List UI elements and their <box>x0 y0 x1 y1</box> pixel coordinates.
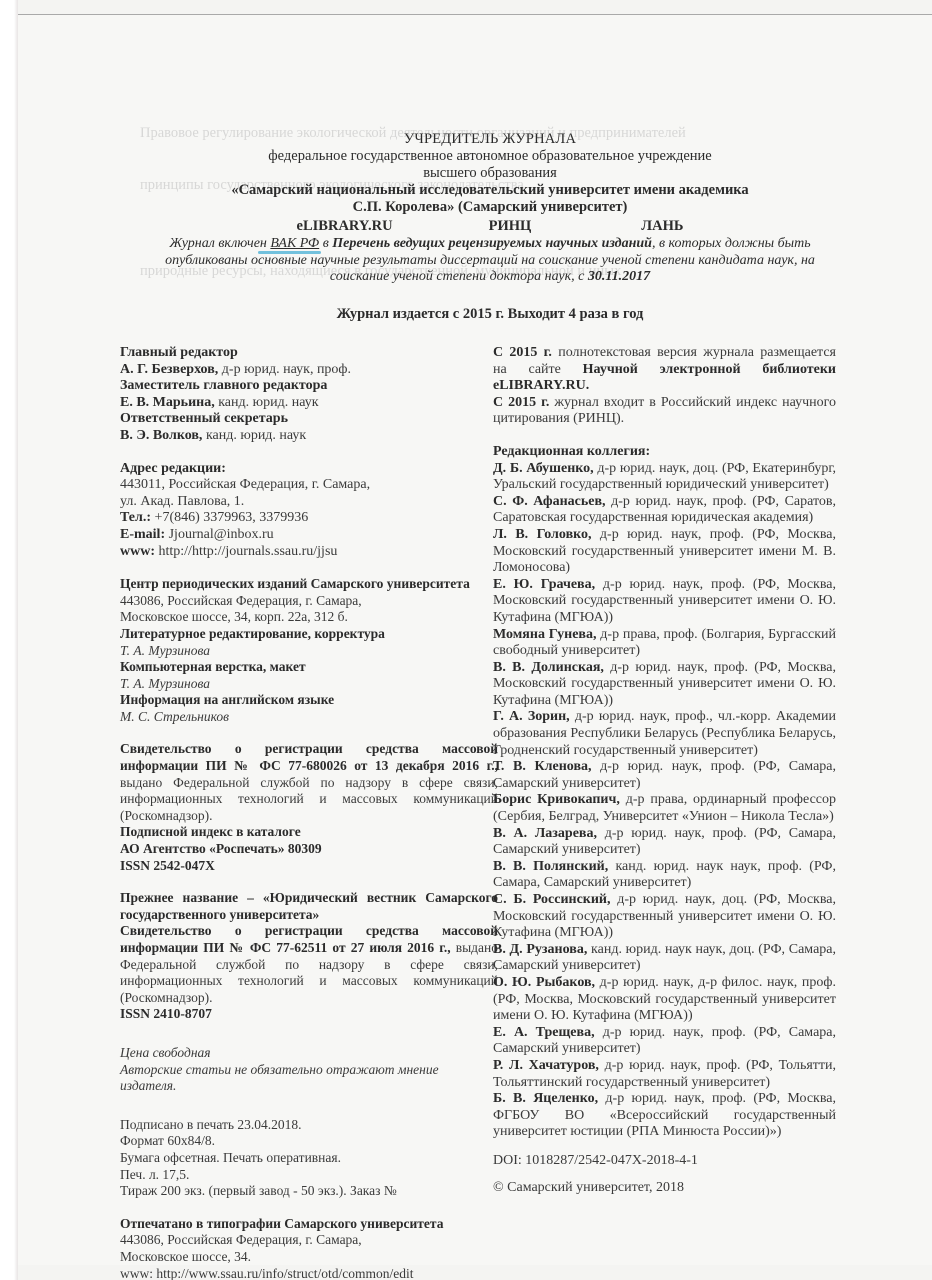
former-block: Прежнее название – «Юридический вестник … <box>120 890 498 1023</box>
doi: DOI: 1018287/2542-047X-2018-4-1 <box>493 1153 698 1169</box>
board-member: В. В. Полянский, канд. юрид. наук наук, … <box>493 859 836 892</box>
vak-statement: Журнал включен ВАК РФ в Перечень ведущих… <box>140 236 840 286</box>
email-link[interactable]: Jjournal@inbox.ru <box>165 527 274 542</box>
board-member: В. А. Лазарева, д-р юрид. наук, проф. (Р… <box>493 826 836 859</box>
left-column: Главный редактор А. Г. Безверхов, д-р юр… <box>120 345 498 1280</box>
board-member-name: Д. Б. Абушенко, <box>493 461 594 476</box>
board-member-name: Г. А. Зорин, <box>493 709 570 724</box>
board-member: Р. Л. Хачатуров, д-р юрид. наук, проф. (… <box>493 1058 836 1091</box>
printer-website-link[interactable]: www: http://www.ssau.ru/info/struct/otd/… <box>120 1266 498 1280</box>
board-member-name: В. В. Долинская, <box>493 660 604 675</box>
board-member-name: О. Ю. Рыбаков, <box>493 975 595 990</box>
vak-date: 30.11.2017 <box>588 269 650 284</box>
phone: Тел.: +7(846) 3379963, 3379936 <box>120 510 498 527</box>
center-label: Центр периодических изданий Самарского у… <box>120 576 498 593</box>
university-name: «Самарский национальный исследовательски… <box>140 182 840 199</box>
secretary-entry: В. Э. Волков, канд. юрид. наук <box>120 428 498 445</box>
board-member-name: В. Д. Рузанова, <box>493 942 587 957</box>
index-lan: ЛАНЬ <box>641 218 683 235</box>
board-member: С. Б. Россинский, д-р юрид. наук, доц. (… <box>493 892 836 942</box>
board-member-name: Т. В. Кленова, <box>493 759 592 774</box>
address-block: Адрес редакции: 443011, Российская Федер… <box>120 461 498 561</box>
index-list: eLIBRARY.RUРИНЦЛАНЬ <box>140 218 840 235</box>
secretary-label: Ответственный секретарь <box>120 411 498 428</box>
editorial-board-list: Д. Б. Абушенко, д-р юрид. наук, доц. (РФ… <box>493 461 836 1141</box>
board-member: С. Ф. Афанасьев, д-р юрид. наук, проф. (… <box>493 494 836 527</box>
board-member: Е. А. Трещева, д-р юрид. наук, проф. (РФ… <box>493 1025 836 1058</box>
price-block: Цена свободная Авторские статьи не обяза… <box>120 1045 450 1095</box>
index-elibrary: eLIBRARY.RU <box>297 218 393 235</box>
board-member-name: Л. В. Головко, <box>493 527 592 542</box>
board-member: Момяна Гунева, д-р права, проф. (Болгари… <box>493 627 836 660</box>
index-rinc: РИНЦ <box>489 218 532 235</box>
board-member: О. Ю. Рыбаков, д-р юрид. наук, д-р филос… <box>493 975 836 1025</box>
board-member-name: Е. Ю. Грачева, <box>493 577 595 592</box>
issn-former: ISSN 2410-8707 <box>120 1006 498 1023</box>
elibrary-note: С 2015 г. полнотекстовая версия журнала … <box>493 345 836 395</box>
board-member: Л. В. Головко, д-р юрид. наук, проф. (РФ… <box>493 527 836 577</box>
board-member-name: Момяна Гунева, <box>493 627 596 642</box>
journal-header: УЧРЕДИТЕЛЬ ЖУРНАЛА федеральное государст… <box>140 131 840 323</box>
right-column: С 2015 г. полнотекстовая версия журнала … <box>493 345 836 1141</box>
board-member-name: Е. А. Трещева, <box>493 1025 595 1040</box>
board-member-name: С. Ф. Афанасьев, <box>493 494 606 509</box>
vak-link: ВАК РФ <box>270 236 319 251</box>
address-label: Адрес редакции: <box>120 461 498 478</box>
board-member-name: С. Б. Россинский, <box>493 892 611 907</box>
editors-block: Главный редактор А. Г. Безверхов, д-р юр… <box>120 345 498 445</box>
scan-edge <box>0 0 18 1280</box>
print-details: Подписано в печать 23.04.2018. Формат 60… <box>120 1117 498 1200</box>
website: www: http://http://journals.ssau.ru/jjsu <box>120 544 498 561</box>
editor-label: Главный редактор <box>120 345 498 362</box>
registration-block: Свидетельство о регистрации средства мас… <box>120 741 498 874</box>
board-member: Е. Ю. Грачева, д-р юрид. наук, проф. (РФ… <box>493 577 836 627</box>
founder-line: федеральное государственное автономное о… <box>140 148 840 165</box>
board-member: В. В. Долинская, д-р юрид. наук, проф. (… <box>493 660 836 710</box>
board-member: В. Д. Рузанова, канд. юрид. наук наук, д… <box>493 942 836 975</box>
board-member-name: В. В. Полянский, <box>493 859 608 874</box>
board-member: Борис Кривокапич, д-р права, ординарный … <box>493 792 836 825</box>
former-name: Прежнее название – «Юридический вестник … <box>120 890 498 923</box>
board-member-name: Р. Л. Хачатуров, <box>493 1058 599 1073</box>
board-member: Т. В. Кленова, д-р юрид. наук, проф. (РФ… <box>493 759 836 792</box>
printer-block: Отпечатано в типографии Самарского униве… <box>120 1216 498 1280</box>
board-label: Редакционная коллегия: <box>493 444 836 461</box>
issn-current: ISSN 2542-047X <box>120 858 498 875</box>
board-member: Б. В. Яцеленко, д-р юрид. наук, проф. (Р… <box>493 1091 836 1141</box>
deputy-entry: Е. В. Марьина, канд. юрид. наук <box>120 395 498 412</box>
rinc-note: С 2015 г. журнал входит в Российский инд… <box>493 395 836 428</box>
board-member-name: В. А. Лазарева, <box>493 826 597 841</box>
founder-title: УЧРЕДИТЕЛЬ ЖУРНАЛА <box>140 131 840 148</box>
center-block: Центр периодических изданий Самарского у… <box>120 576 498 725</box>
vak-list-name: Перечень ведущих рецензируемых научных и… <box>332 236 652 251</box>
website-link[interactable]: http://http://journals.ssau.ru/jjsu <box>155 544 337 559</box>
publication-frequency: Журнал издается с 2015 г. Выходит 4 раза… <box>140 306 840 323</box>
board-member: Г. А. Зорин, д-р юрид. наук, проф., чл.-… <box>493 709 836 759</box>
board-member: Д. Б. Абушенко, д-р юрид. наук, доц. (РФ… <box>493 461 836 494</box>
board-member-name: Б. В. Яцеленко, <box>493 1091 598 1106</box>
copyright: © Самарский университет, 2018 <box>493 1180 684 1196</box>
deputy-label: Заместитель главного редактора <box>120 378 498 395</box>
certificate-current: Свидетельство о регистрации средства мас… <box>120 741 498 824</box>
university-name: С.П. Королева» (Самарский университет) <box>140 199 840 216</box>
editor-entry: А. Г. Безверхов, д-р юрид. наук, проф. <box>120 362 498 379</box>
certificate-former: Свидетельство о регистрации средства мас… <box>120 923 498 1006</box>
email: E-mail: Jjournal@inbox.ru <box>120 527 498 544</box>
board-member-name: Борис Кривокапич, <box>493 792 620 807</box>
subscription-index: АО Агентство «Роспечать» 80309 <box>120 841 498 858</box>
founder-line: высшего образования <box>140 165 840 182</box>
